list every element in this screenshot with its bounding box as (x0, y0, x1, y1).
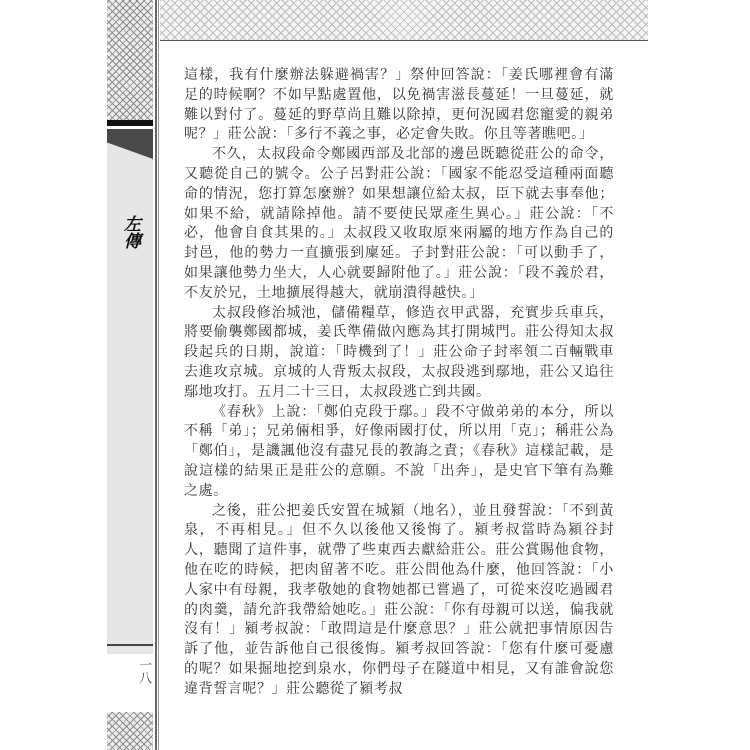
margin-rule (155, 0, 157, 750)
sidebar-pattern-top (107, 0, 153, 120)
sidebar-dark-tab (107, 129, 153, 159)
paragraph: 不久，太叔段命令鄭國西部及北部的邊邑既聽從莊公的命令，又聽從自己的號令。公子呂對… (184, 145, 614, 303)
paragraph: 太叔段修治城池，儲備糧草，修造衣甲武器，充實步兵車兵，將要偷襲鄭國都城，姜氏準備… (184, 304, 614, 403)
sidebar-divider (107, 644, 153, 646)
sidebar-pattern-bottom (107, 712, 153, 750)
paragraph: 《春秋》上說：「鄭伯克段于鄢。」段不守做弟弟的本分，所以不稱「弟」；兄弟倆相爭，… (184, 403, 614, 502)
sidebar: 左傳 一八 (107, 0, 153, 750)
page-number: 一八 (107, 658, 153, 684)
sidebar-black-bar (107, 120, 153, 126)
page-body: 這樣，我有什麼辦法躲避禍害？」祭仲回答說：「姜氏哪裡會有滿足的時候啊？不如早點處… (184, 66, 614, 700)
book-title-label: 左傳 (107, 215, 153, 249)
paragraph: 之後，莊公把姜氏安置在城潁（地名），並且發誓說：「不到黃泉，不再相見。」但不久以… (184, 502, 614, 700)
header-pattern-band (160, 0, 648, 41)
paragraph: 這樣，我有什麼辦法躲避禍害？」祭仲回答說：「姜氏哪裡會有滿足的時候啊？不如早點處… (184, 66, 614, 145)
margin-rule-thin (158, 0, 159, 750)
